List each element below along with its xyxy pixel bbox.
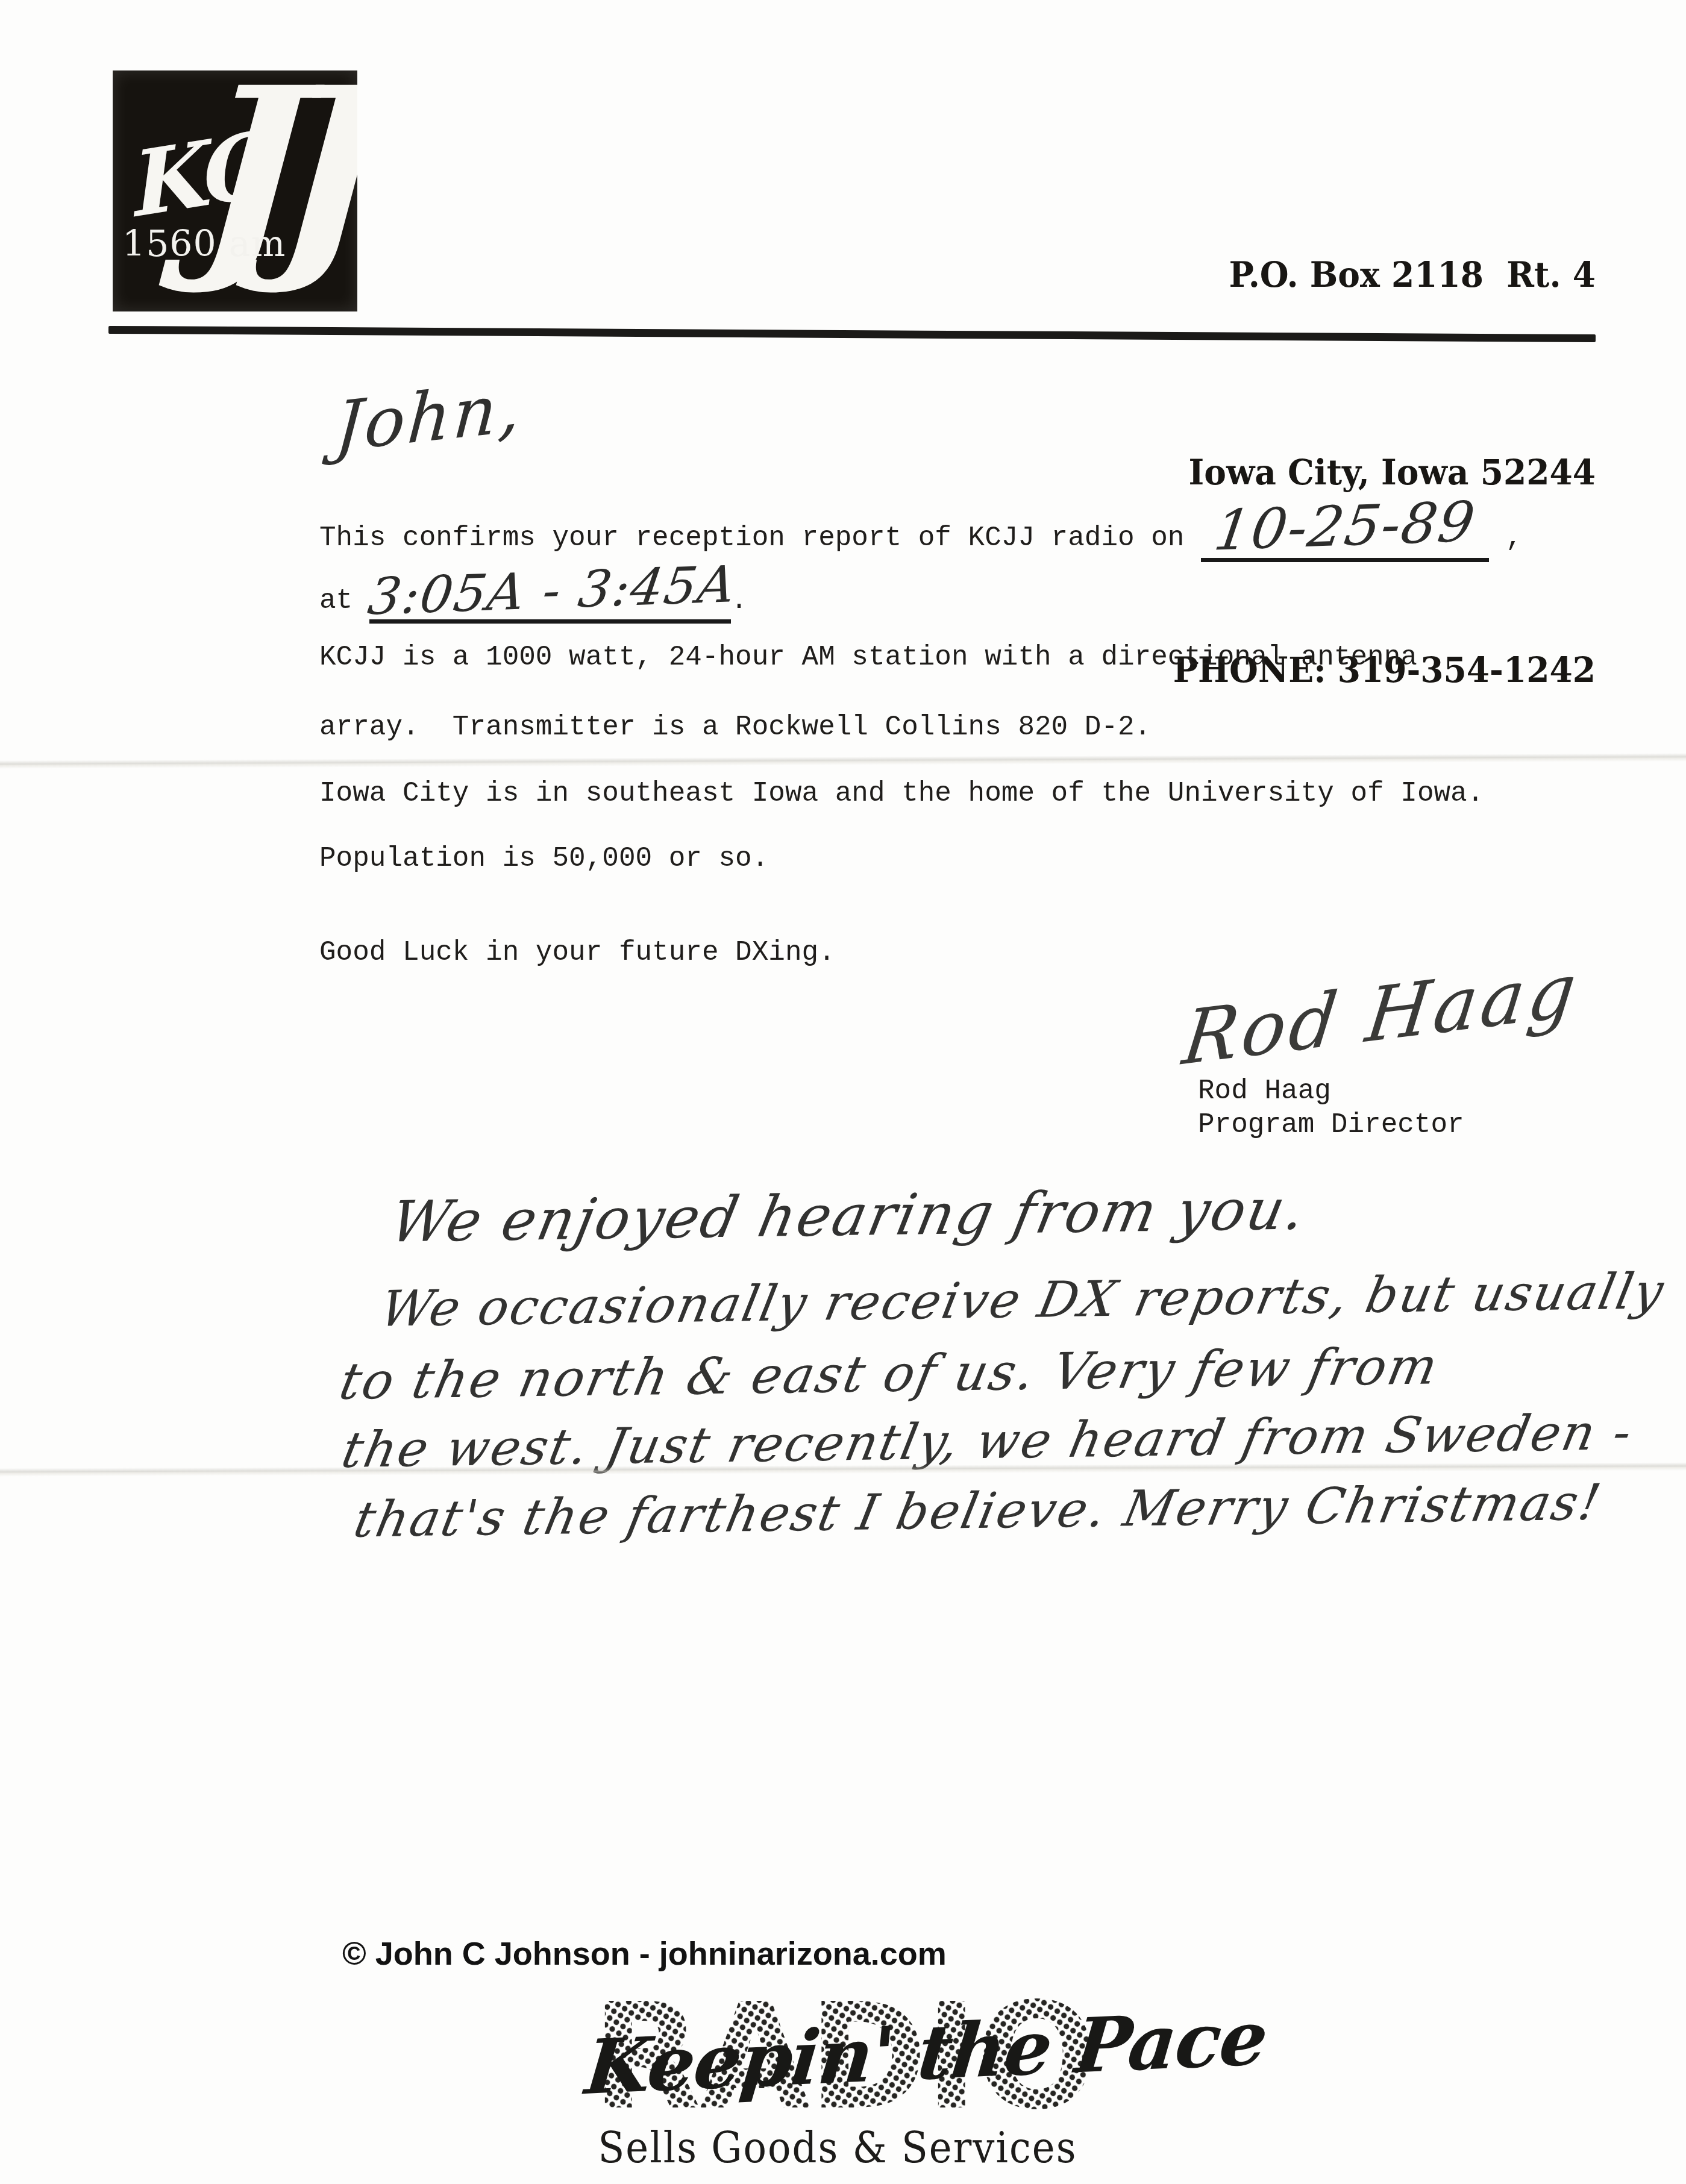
scanned-letter-page: KC JJ 1560 am P.O. Box 2118 Rt. 4 Iowa C… [0,0,1686,2184]
body-line-2: array. Transmitter is a Rockwell Collins… [319,710,1151,745]
time-prefix: at [319,585,369,616]
body-line-1: KCJJ is a 1000 watt, 24-hour AM station … [319,640,1417,675]
confirmation-suffix: , [1489,522,1522,554]
kcjj-logo: KC JJ 1560 am [113,70,357,311]
signature-script: Rod Haag [1179,946,1584,1082]
confirmation-line: This confirms your reception report of K… [319,499,1522,562]
address-line-1: P.O. Box 2118 Rt. 4 [1173,242,1596,308]
time-handwritten-value: 3:05A - 3:45A [365,559,739,625]
salutation-handwritten: John, [333,368,525,467]
date-handwritten-value: 10-25-89 [1211,495,1479,563]
handwritten-note-line-1: We enjoyed hearing from you. [386,1181,1311,1251]
logo-jj-text: JJ [193,70,357,302]
time-fill-blank: 3:05A - 3:45A [369,565,731,624]
signer-name: Rod Haag [1198,1074,1331,1109]
confirmation-prefix: This confirms your reception report of K… [319,522,1201,554]
signer-title: Program Director [1198,1107,1464,1142]
handwritten-note-line-2: We occasionally receive DX reports, but … [377,1267,1669,1334]
body-line-3: Iowa City is in southeast Iowa and the h… [319,776,1484,811]
closing-line: Good Luck in your future DXing. [319,935,835,970]
handwritten-note-line-5: that's the farthest I believe. Merry Chr… [350,1478,1606,1545]
brand-tagline-text: Sells Goods & Services [566,2123,1109,2173]
handwritten-note-line-3: to the north & east of us. Very few from [336,1341,1443,1406]
letterhead-address: P.O. Box 2118 Rt. 4 Iowa City, Iowa 5224… [1173,110,1596,834]
date-fill-blank: 10-25-89 [1201,499,1489,562]
logo-frequency-text: 1560 am [122,226,286,262]
time-line: at 3:05A - 3:45A. [319,565,747,624]
copyright-watermark: © John C Johnson - johninarizona.com [342,1935,947,1973]
brand-script-text: Keepin' the Pace [582,2008,1107,2106]
body-line-4: Population is 50,000 or so. [319,841,768,876]
